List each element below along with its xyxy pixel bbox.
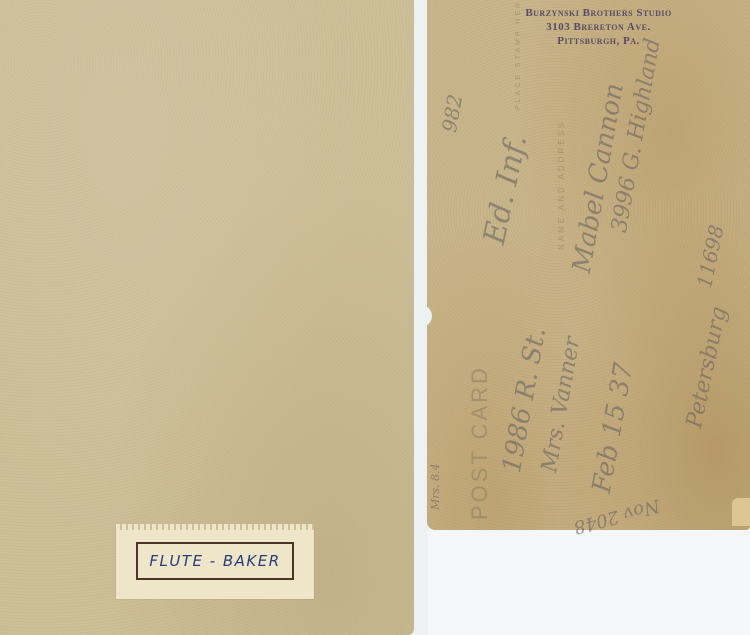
pencil-note: 982 [437, 92, 467, 134]
studio-address: 3103 Brereton Ave. [447, 20, 750, 34]
studio-city: Pittsburgh, Pa. [447, 34, 750, 48]
stamp-here-printed: PLACE STAMP HERE [515, 0, 522, 110]
label-sticker: FLUTE - BAKER [116, 527, 314, 599]
pencil-note: Petersburg [682, 304, 732, 430]
post-card-printed: POST CARD [467, 365, 493, 520]
left-card-back: FLUTE - BAKER [0, 0, 414, 635]
label-text: FLUTE - BAKER [149, 552, 280, 570]
studio-stamp: Burzynski Brothers Studio 3103 Brereton … [427, 6, 750, 48]
pencil-note: Ed. Inf. [477, 132, 534, 248]
name-address-printed: NAME AND ADDRESS [557, 120, 566, 250]
label-border: FLUTE - BAKER [136, 542, 294, 580]
right-card-postcard-back: Burzynski Brothers Studio 3103 Brereton … [427, 0, 750, 530]
pencil-note: 11698 [692, 223, 729, 290]
pencil-note: Nov 2048 [571, 495, 662, 538]
pencil-note: Mrs. 8.4 [429, 463, 442, 510]
corner-tab [732, 498, 750, 526]
studio-name: Burzynski Brothers Studio [447, 6, 750, 20]
pencil-note: Feb 15 37 [587, 361, 639, 496]
